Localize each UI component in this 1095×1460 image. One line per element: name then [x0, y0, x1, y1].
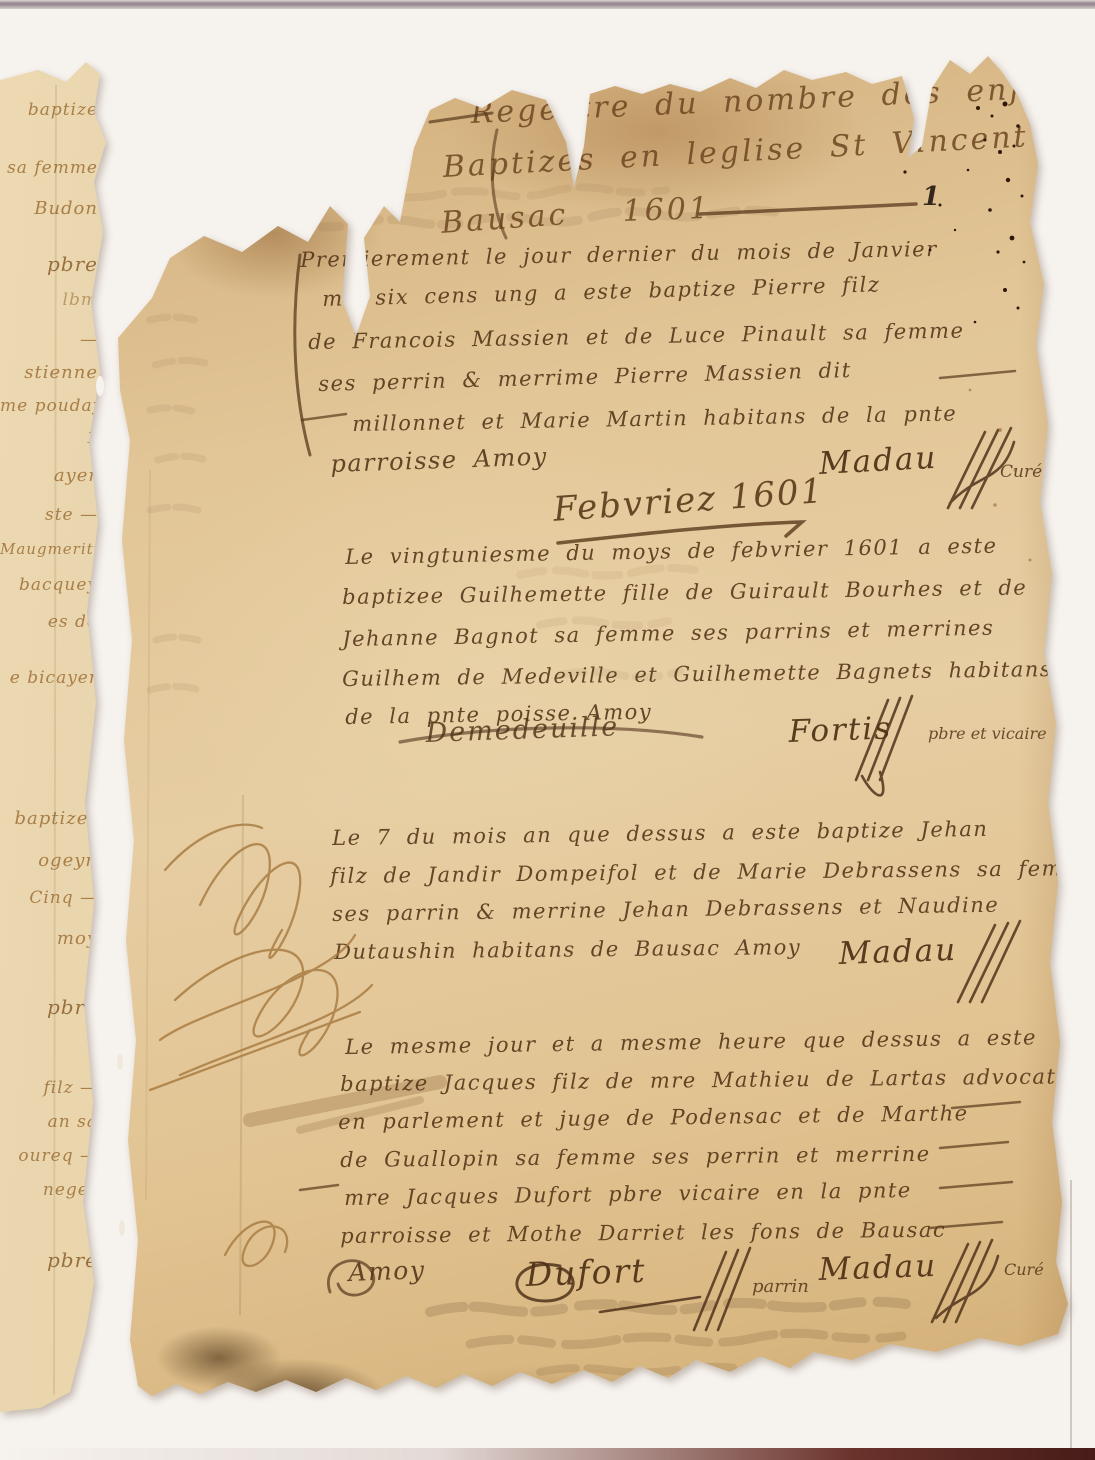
- signature-name: Madau: [818, 440, 938, 482]
- entry-line: Le mesme jour et a mesme heure que dessu…: [345, 1025, 1037, 1059]
- entry-line: de Guallopin sa femme ses perrin et merr…: [340, 1142, 931, 1172]
- signature-title: pbre et vicaire: [928, 724, 1047, 743]
- entry-line: mre Jacques Dufort pbre vicaire en la pn…: [344, 1178, 912, 1210]
- signature-name: Demedeuille: [425, 711, 620, 749]
- frame-edge-bottom: [0, 1448, 1095, 1460]
- entry-line: filz de Jandir Dompeifol et de Marie Deb…: [330, 856, 1095, 888]
- signature-title: parrin: [752, 1276, 809, 1297]
- signature-name: Madau: [838, 932, 958, 972]
- framed-manuscript-photo: baptize sa femme Budon pbre lbm — stienn…: [0, 0, 1095, 1460]
- entry-line: Le vingtuniesme du moys de febvrier 1601…: [345, 534, 998, 569]
- main-page-wrap: Regestre du nombre des enfans Baptizes e…: [0, 0, 1095, 1460]
- entry-line: parroisse Amoy: [330, 442, 548, 478]
- entry-line: mil six cens ung a este baptize Pierre f…: [322, 272, 881, 311]
- month-header: Febvriez 1601: [552, 471, 825, 530]
- entry-line: millonnet et Marie Martin habitans de la…: [352, 401, 957, 436]
- entry-line: de Francois Massien et de Luce Pinault s…: [308, 319, 965, 354]
- entry-line: parroisse et Mothe Darriet les fons de B…: [340, 1218, 946, 1248]
- entry-line: Guilhem de Medeville et Guilhemette Bagn…: [342, 657, 1052, 691]
- signature-title: Curé: [1004, 1260, 1044, 1279]
- entry-line: Premierement le jour dernier du mois de …: [300, 237, 938, 272]
- entry-line: ses parrin & merrine Jehan Debrassens et…: [332, 893, 999, 926]
- page-number: 1: [922, 182, 940, 212]
- signature-name: Madau: [818, 1248, 938, 1288]
- register-title-year: 1601: [622, 191, 712, 229]
- entry-line: en parlement et juge de Podensac et de M…: [338, 1101, 969, 1134]
- mat-crease-line: [1070, 1180, 1072, 1460]
- entry-line: Jehanne Bagnot sa femme ses parrins et m…: [342, 616, 994, 651]
- entry-line: Dutaushin habitans de Bausac Amoy: [334, 935, 801, 964]
- entry-line: baptizee Guilhemette fille de Guirault B…: [342, 575, 1027, 609]
- signature-title: Curé: [1000, 462, 1042, 482]
- signature-name: Fortis: [788, 710, 893, 750]
- entry-line: ses perrin & merrime Pierre Massien dit: [318, 358, 852, 396]
- register-title-line-3: Bausac: [440, 197, 569, 241]
- margin-pen-scribbles: [150, 825, 372, 1266]
- entry-line: Amoy: [348, 1255, 426, 1287]
- signature-name: Dufort: [525, 1251, 647, 1294]
- entry-line: baptize Jacques filz de mre Mathieu de L…: [340, 1064, 1057, 1095]
- entry-line: Le 7 du mois an que dessus a este baptiz…: [332, 817, 989, 850]
- register-page: Regestre du nombre des enfans Baptizes e…: [0, 0, 1095, 1460]
